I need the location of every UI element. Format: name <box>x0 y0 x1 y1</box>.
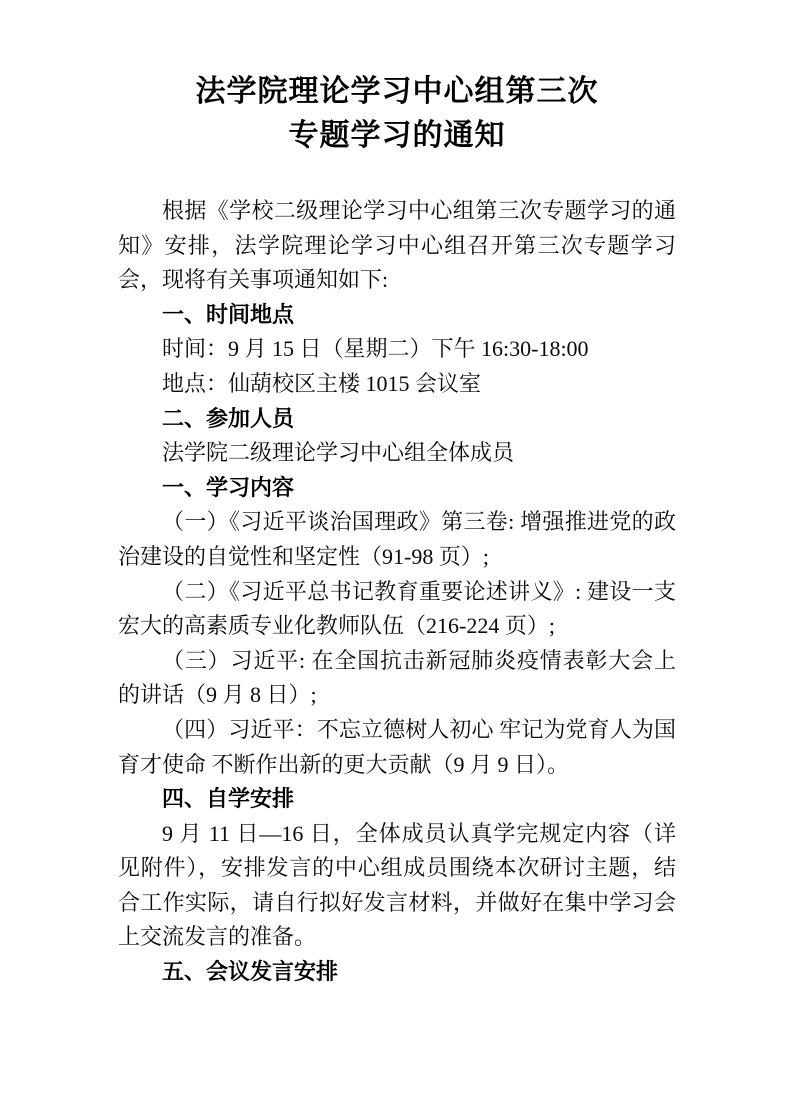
section-heading: 二、参加人员 <box>118 402 676 437</box>
section-heading: 五、会议发言安排 <box>118 955 676 990</box>
body-paragraph: （二）《习近平总书记教育重要论述讲义》: 建设一支宏大的高素质专业化教师队伍（2… <box>118 575 676 644</box>
document-title-line-2: 专题学习的通知 <box>0 114 794 158</box>
section-heading: 四、自学安排 <box>118 782 676 817</box>
body-paragraph: 根据《学校二级理论学习中心组第三次专题学习的通知》安排，法学院理论学习中心组召开… <box>118 194 676 298</box>
body-paragraph: 9 月 11 日—16 日，全体成员认真学完规定内容（详见附件），安排发言的中心… <box>118 817 676 955</box>
body-paragraph: （三）习近平: 在全国抗击新冠肺炎疫情表彰大会上的讲话（9 月 8 日）; <box>118 644 676 713</box>
body-paragraph: （四）习近平：不忘立德树人初心 牢记为党育人为国育才使命 不断作出新的更大贡献（… <box>118 713 676 782</box>
body-paragraph: 地点：仙葫校区主楼 1015 会议室 <box>118 367 676 402</box>
body-paragraph: 时间：9 月 15 日（星期二）下午 16:30-18:00 <box>118 332 676 367</box>
document-title-line-1: 法学院理论学习中心组第三次 <box>0 70 794 114</box>
section-heading: 一、学习内容 <box>118 471 676 506</box>
document-page: 法学院理论学习中心组第三次 专题学习的通知 根据《学校二级理论学习中心组第三次专… <box>0 0 794 1108</box>
body-paragraph: 法学院二级理论学习中心组全体成员 <box>118 436 676 471</box>
document-body: 根据《学校二级理论学习中心组第三次专题学习的通知》安排，法学院理论学习中心组召开… <box>118 194 676 990</box>
body-paragraph: （一）《习近平谈治国理政》第三卷: 增强推进党的政治建设的自觉性和坚定性（91-… <box>118 505 676 574</box>
section-heading: 一、时间地点 <box>118 298 676 333</box>
document-title: 法学院理论学习中心组第三次 专题学习的通知 <box>0 0 794 158</box>
